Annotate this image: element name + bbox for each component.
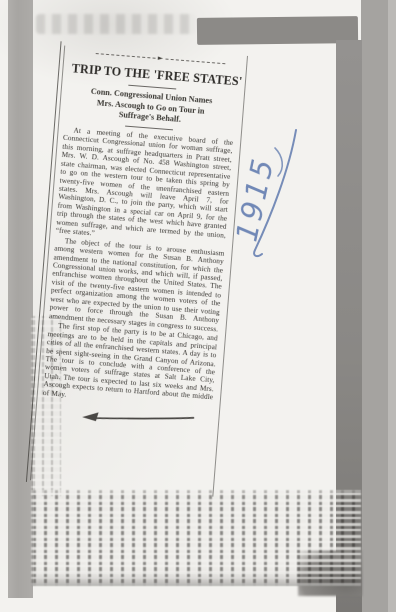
dash-segment xyxy=(96,53,156,59)
top-newsprint-smudge xyxy=(36,14,196,34)
article-subhead: Conn. Congressional Union Names Mrs. Asc… xyxy=(65,85,237,130)
dash-segment xyxy=(165,59,225,65)
pencil-arrow-icon xyxy=(78,406,211,437)
scanned-scrapbook-page: ► TRIP TO THE 'FREE STATES' Conn. Congre… xyxy=(0,0,396,612)
article-paragraph: At a meeting of the executive board of t… xyxy=(55,126,233,249)
section-rule xyxy=(125,125,173,130)
right-outer-edge xyxy=(388,0,396,612)
article-paragraph: The object of the tour is to arouse enth… xyxy=(49,236,225,334)
clipping-content: ► TRIP TO THE 'FREE STATES' Conn. Congre… xyxy=(40,47,239,437)
top-right-page-edge-shadow xyxy=(197,16,358,45)
left-scanner-strip xyxy=(8,0,33,598)
right-scanner-strip xyxy=(361,0,388,612)
arrow-right-icon: ► xyxy=(156,55,166,63)
article-paragraph: The first stop of the party is to be at … xyxy=(43,321,218,410)
section-rule xyxy=(128,85,176,90)
sideways-newsprint-band xyxy=(31,490,361,586)
pen-flourish-stroke xyxy=(225,118,317,273)
article-body: At a meeting of the executive board of t… xyxy=(43,126,234,411)
newspaper-clipping: ► TRIP TO THE 'FREE STATES' Conn. Congre… xyxy=(26,41,248,496)
